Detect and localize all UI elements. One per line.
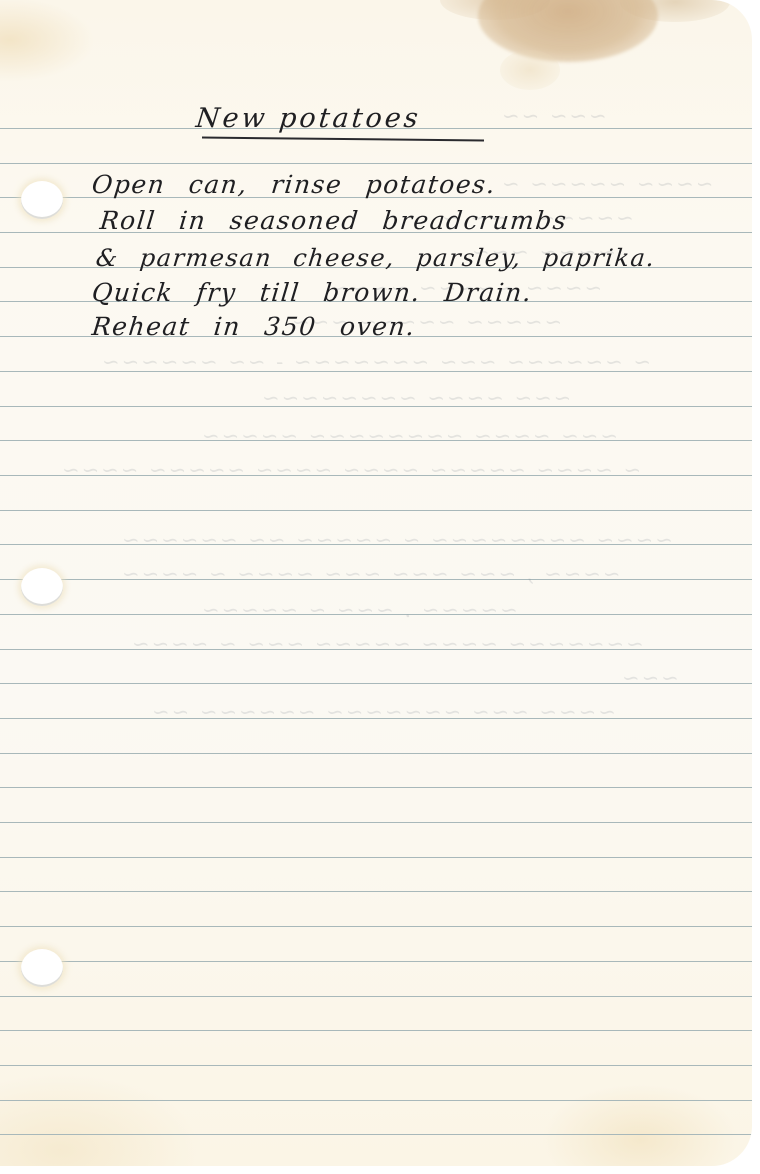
ruled-line [0,1100,752,1101]
ruled-line [0,371,752,372]
ruled-line [0,996,752,997]
ruled-line [0,544,752,545]
bleed-through-text: ~~~~ , ~~~ ~~~ ~~~ ~~~~ ~ ~~~~ [120,562,621,586]
recipe-line: & parmesan cheese, parsley, paprika. [95,244,657,272]
ruled-line [0,614,752,615]
bleed-through-text: ~~~ ~~~~ ~~~~~~~~ ~~~~~ [200,424,618,448]
coffee-stain [620,0,730,22]
bleed-through-text: ~~~~~ . ~~~ ~ ~~~~~ [200,598,518,622]
ruled-line [0,822,752,823]
coffee-stain [500,50,560,90]
recipe-line: Roll in seasoned breadcrumbs [98,206,568,235]
bleed-through-text: ~ ~~~~ ~~~~~ ~~~~ ~~~~ ~~~~~ ~~~~ [60,458,641,482]
ruled-line [0,579,752,580]
bleed-through-text: ~~~~ ~~~~~ ~ [500,172,713,196]
binder-hole [21,568,63,606]
ruled-line [0,406,752,407]
ruled-line [0,718,752,719]
ruled-line [0,163,752,164]
ruled-line [0,787,752,788]
recipe-line: Reheat in 350 oven. [90,312,417,341]
recipe-line: Open can, rinse potatoes. [90,170,497,199]
bleed-through-text: ~~~ [620,666,679,690]
ruled-line [0,891,752,892]
ruled-line [0,857,752,858]
ruled-line [0,961,752,962]
bleed-through-text: ~~~ ~~ [500,104,607,128]
ruled-line [0,683,752,684]
ruled-line [0,649,752,650]
coffee-stain [478,0,658,62]
bleed-through-text: ~~~~ ~~~~~~~~ ~ ~~~~~ ~~ ~~~~~~ [120,528,673,552]
ruled-line [0,753,752,754]
bleed-through-text: ~~~~~~~ ~~~~ ~~~~~ ~~~ ~ ~~~~ [130,632,644,656]
binder-hole [21,949,63,987]
ruled-line [0,1030,752,1031]
recipe-line: Quick fry till brown. Drain. [90,278,533,307]
bleed-through-text: ~~~~ ~~~ ~~~~~~~ ~~~~~~ ~~ [150,700,616,724]
title-underline [202,137,484,142]
ruled-line [0,510,752,511]
binder-hole [21,181,63,219]
ruled-line [0,1065,752,1066]
ruled-line [0,926,752,927]
ruled-line [0,475,752,476]
coffee-stain [440,0,550,20]
recipe-title: New potatoes [194,103,422,134]
ruled-line [0,1134,752,1135]
ruled-line [0,440,752,441]
notebook-page: ~~~ ~~ ~~~~ ~~~~~ ~ ~~~~~ ~~~ ~ ~~~~ ~~~… [0,0,752,1166]
